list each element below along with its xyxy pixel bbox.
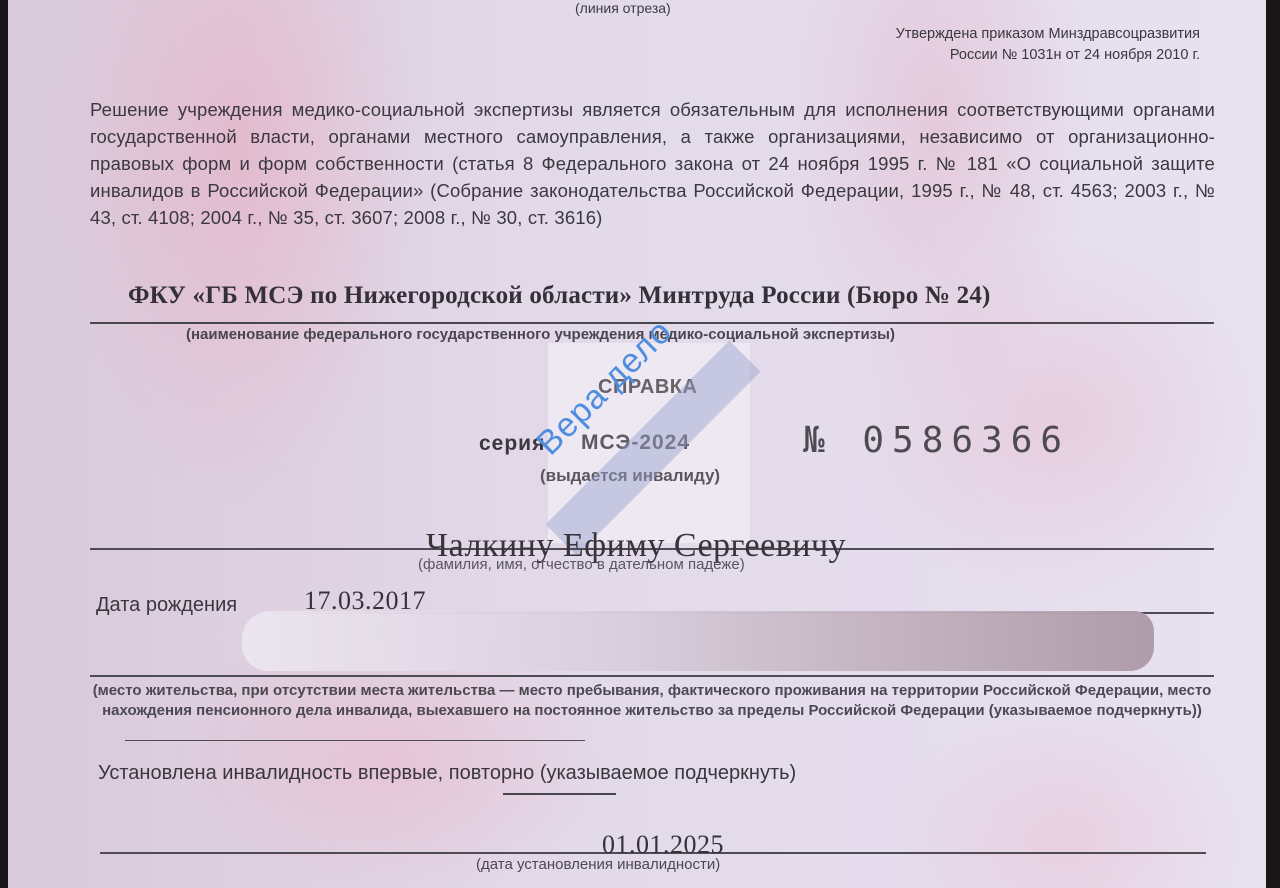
- disability-established-text: Установлена инвалидность впервые, повтор…: [98, 762, 796, 785]
- approval-line-2: России № 1031н от 24 ноября 2010 г.: [896, 45, 1200, 66]
- repeat-option-underline: [503, 793, 616, 795]
- institution-caption: (наименование федерального государственн…: [186, 326, 895, 343]
- certificate-number: № 0586366: [803, 420, 1070, 461]
- legal-notice: Решение учреждения медико-социальной экс…: [90, 96, 1215, 231]
- approval-notice: Утверждена приказом Минздравсоцразвития …: [896, 24, 1200, 66]
- document-page: (линия отреза) Утверждена приказом Минзд…: [8, 0, 1266, 888]
- cut-line-label: (линия отреза): [575, 0, 671, 16]
- address-caption-underline: [125, 740, 585, 741]
- recipient-caption: (фамилия, имя, отчество в дательном паде…: [418, 556, 745, 573]
- address-caption: (место жительства, при отсутствии места …: [90, 681, 1214, 721]
- address-redaction: [242, 611, 1154, 671]
- birth-date-label: Дата рождения: [96, 594, 237, 617]
- approval-line-1: Утверждена приказом Минздравсоцразвития: [896, 24, 1200, 45]
- address-underline: [90, 675, 1214, 677]
- disability-date-caption: (дата установления инвалидности): [476, 856, 720, 873]
- institution-name: ФКУ «ГБ МСЭ по Нижегородской области» Ми…: [128, 282, 991, 310]
